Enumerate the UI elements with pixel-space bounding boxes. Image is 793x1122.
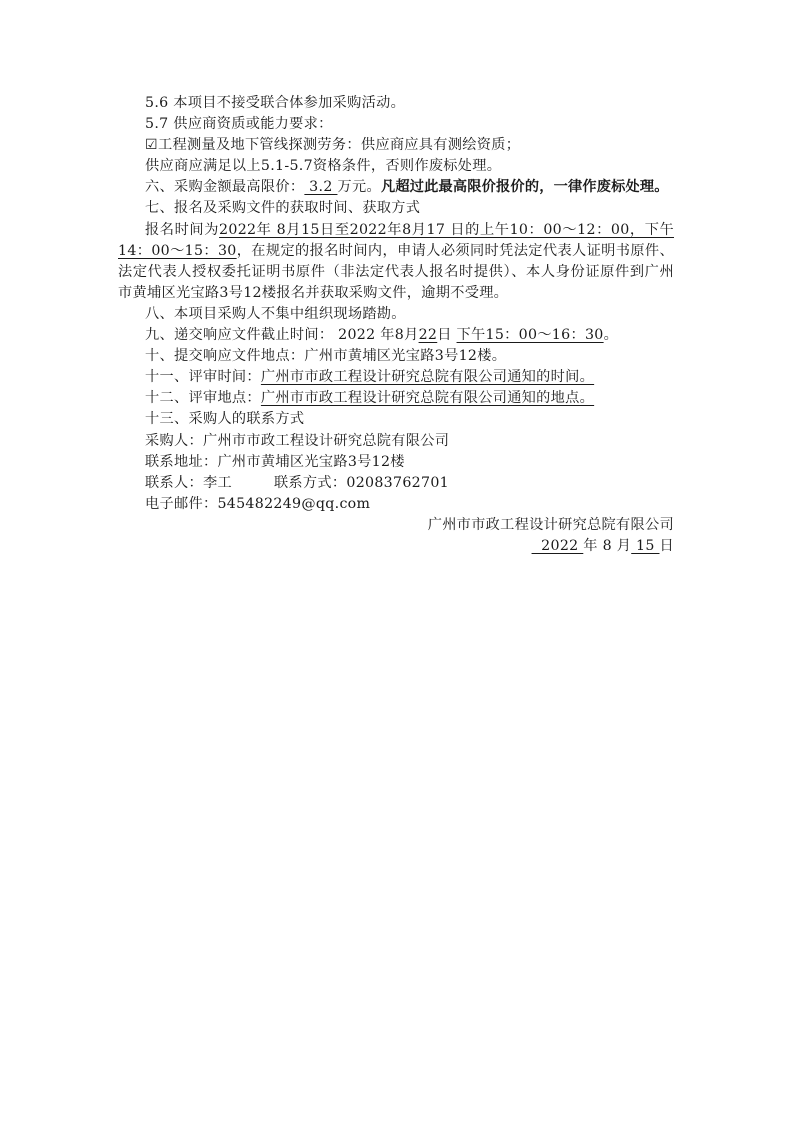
review-location-value: 广州市市政工程设计研究总院有限公司通知的地点。 xyxy=(261,390,594,406)
deadline-day: 22 xyxy=(419,327,438,343)
price-limit-warning: 凡超过此最高限价报价的，一律作废标处理。 xyxy=(381,179,669,195)
price-limit-label: 六、采购金额最高限价： xyxy=(145,179,304,195)
section-13-title: 十三、采购人的联系方式 xyxy=(118,409,674,430)
contact-phone: 联系方式：02083762701 xyxy=(274,475,449,491)
price-limit-unit: 万元。 xyxy=(337,179,380,195)
section-11-review-time: 十一、评审时间：广州市市政工程设计研究总院有限公司通知的时间。 xyxy=(118,367,674,388)
registration-label: 报名时间为 xyxy=(145,222,219,238)
contact-email: 电子邮件：545482249@qq.com xyxy=(118,494,674,515)
price-limit-amount: 3.2 xyxy=(304,179,337,195)
review-time-value: 广州市市政工程设计研究总院有限公司通知的时间。 xyxy=(261,369,594,385)
signature-day-suffix: 日 xyxy=(660,538,675,554)
purchaser: 采购人：广州市市政工程设计研究总院有限公司 xyxy=(118,431,674,452)
review-time-label: 十一、评审时间： xyxy=(145,369,261,385)
qualification-note: 供应商应满足以上5.1-5.7资格条件，否则作废标处理。 xyxy=(118,156,674,177)
deadline-end: 。 xyxy=(604,327,619,343)
section-9-deadline: 九、递交响应文件截止时间： 2022 年8月22日 下午15：00～16：30。 xyxy=(118,325,674,346)
signature-date: 2022 年 8 月 15 日 xyxy=(118,536,674,557)
clause-5-7: 5.7 供应商资质或能力要求： xyxy=(118,114,674,135)
review-location-label: 十二、评审地点： xyxy=(145,390,261,406)
signature-day: 15 xyxy=(631,538,659,554)
clause-5-7-item: ☑工程测量及地下管线探测劳务：供应商应具有测绘资质； xyxy=(118,135,674,156)
section-7-paragraph: 报名时间为2022年 8月15日至2022年8月17 日的上午10：00～12：… xyxy=(118,220,674,304)
contact-person: 联系人：李工 xyxy=(145,475,232,491)
contact-person-row: 联系人：李工联系方式：02083762701 xyxy=(118,473,674,494)
signature-year: 2022 xyxy=(532,538,584,554)
section-7-title: 七、报名及采购文件的获取时间、获取方式 xyxy=(118,198,674,219)
signature-month: 年 8 月 xyxy=(583,538,631,554)
section-12-review-location: 十二、评审地点：广州市市政工程设计研究总院有限公司通知的地点。 xyxy=(118,388,674,409)
deadline-label: 九、递交响应文件截止时间： 2022 年8月 xyxy=(145,327,419,343)
deadline-day-suffix: 日 xyxy=(437,327,456,343)
deadline-time: 下午15：00～16：30 xyxy=(457,327,604,343)
section-6-price-limit: 六、采购金额最高限价： 3.2 万元。凡超过此最高限价报价的，一律作废标处理。 xyxy=(118,177,674,198)
section-10-location: 十、提交响应文件地点：广州市黄埔区光宝路3号12楼。 xyxy=(118,346,674,367)
section-8: 八、本项目采购人不集中组织现场踏勘。 xyxy=(118,304,674,325)
contact-address: 联系地址：广州市黄埔区光宝路3号12楼 xyxy=(118,452,674,473)
signature-company: 广州市市政工程设计研究总院有限公司 xyxy=(118,515,674,536)
clause-5-6: 5.6 本项目不接受联合体参加采购活动。 xyxy=(118,93,674,114)
document-page: 5.6 本项目不接受联合体参加采购活动。 5.7 供应商资质或能力要求： ☑工程… xyxy=(118,93,674,557)
